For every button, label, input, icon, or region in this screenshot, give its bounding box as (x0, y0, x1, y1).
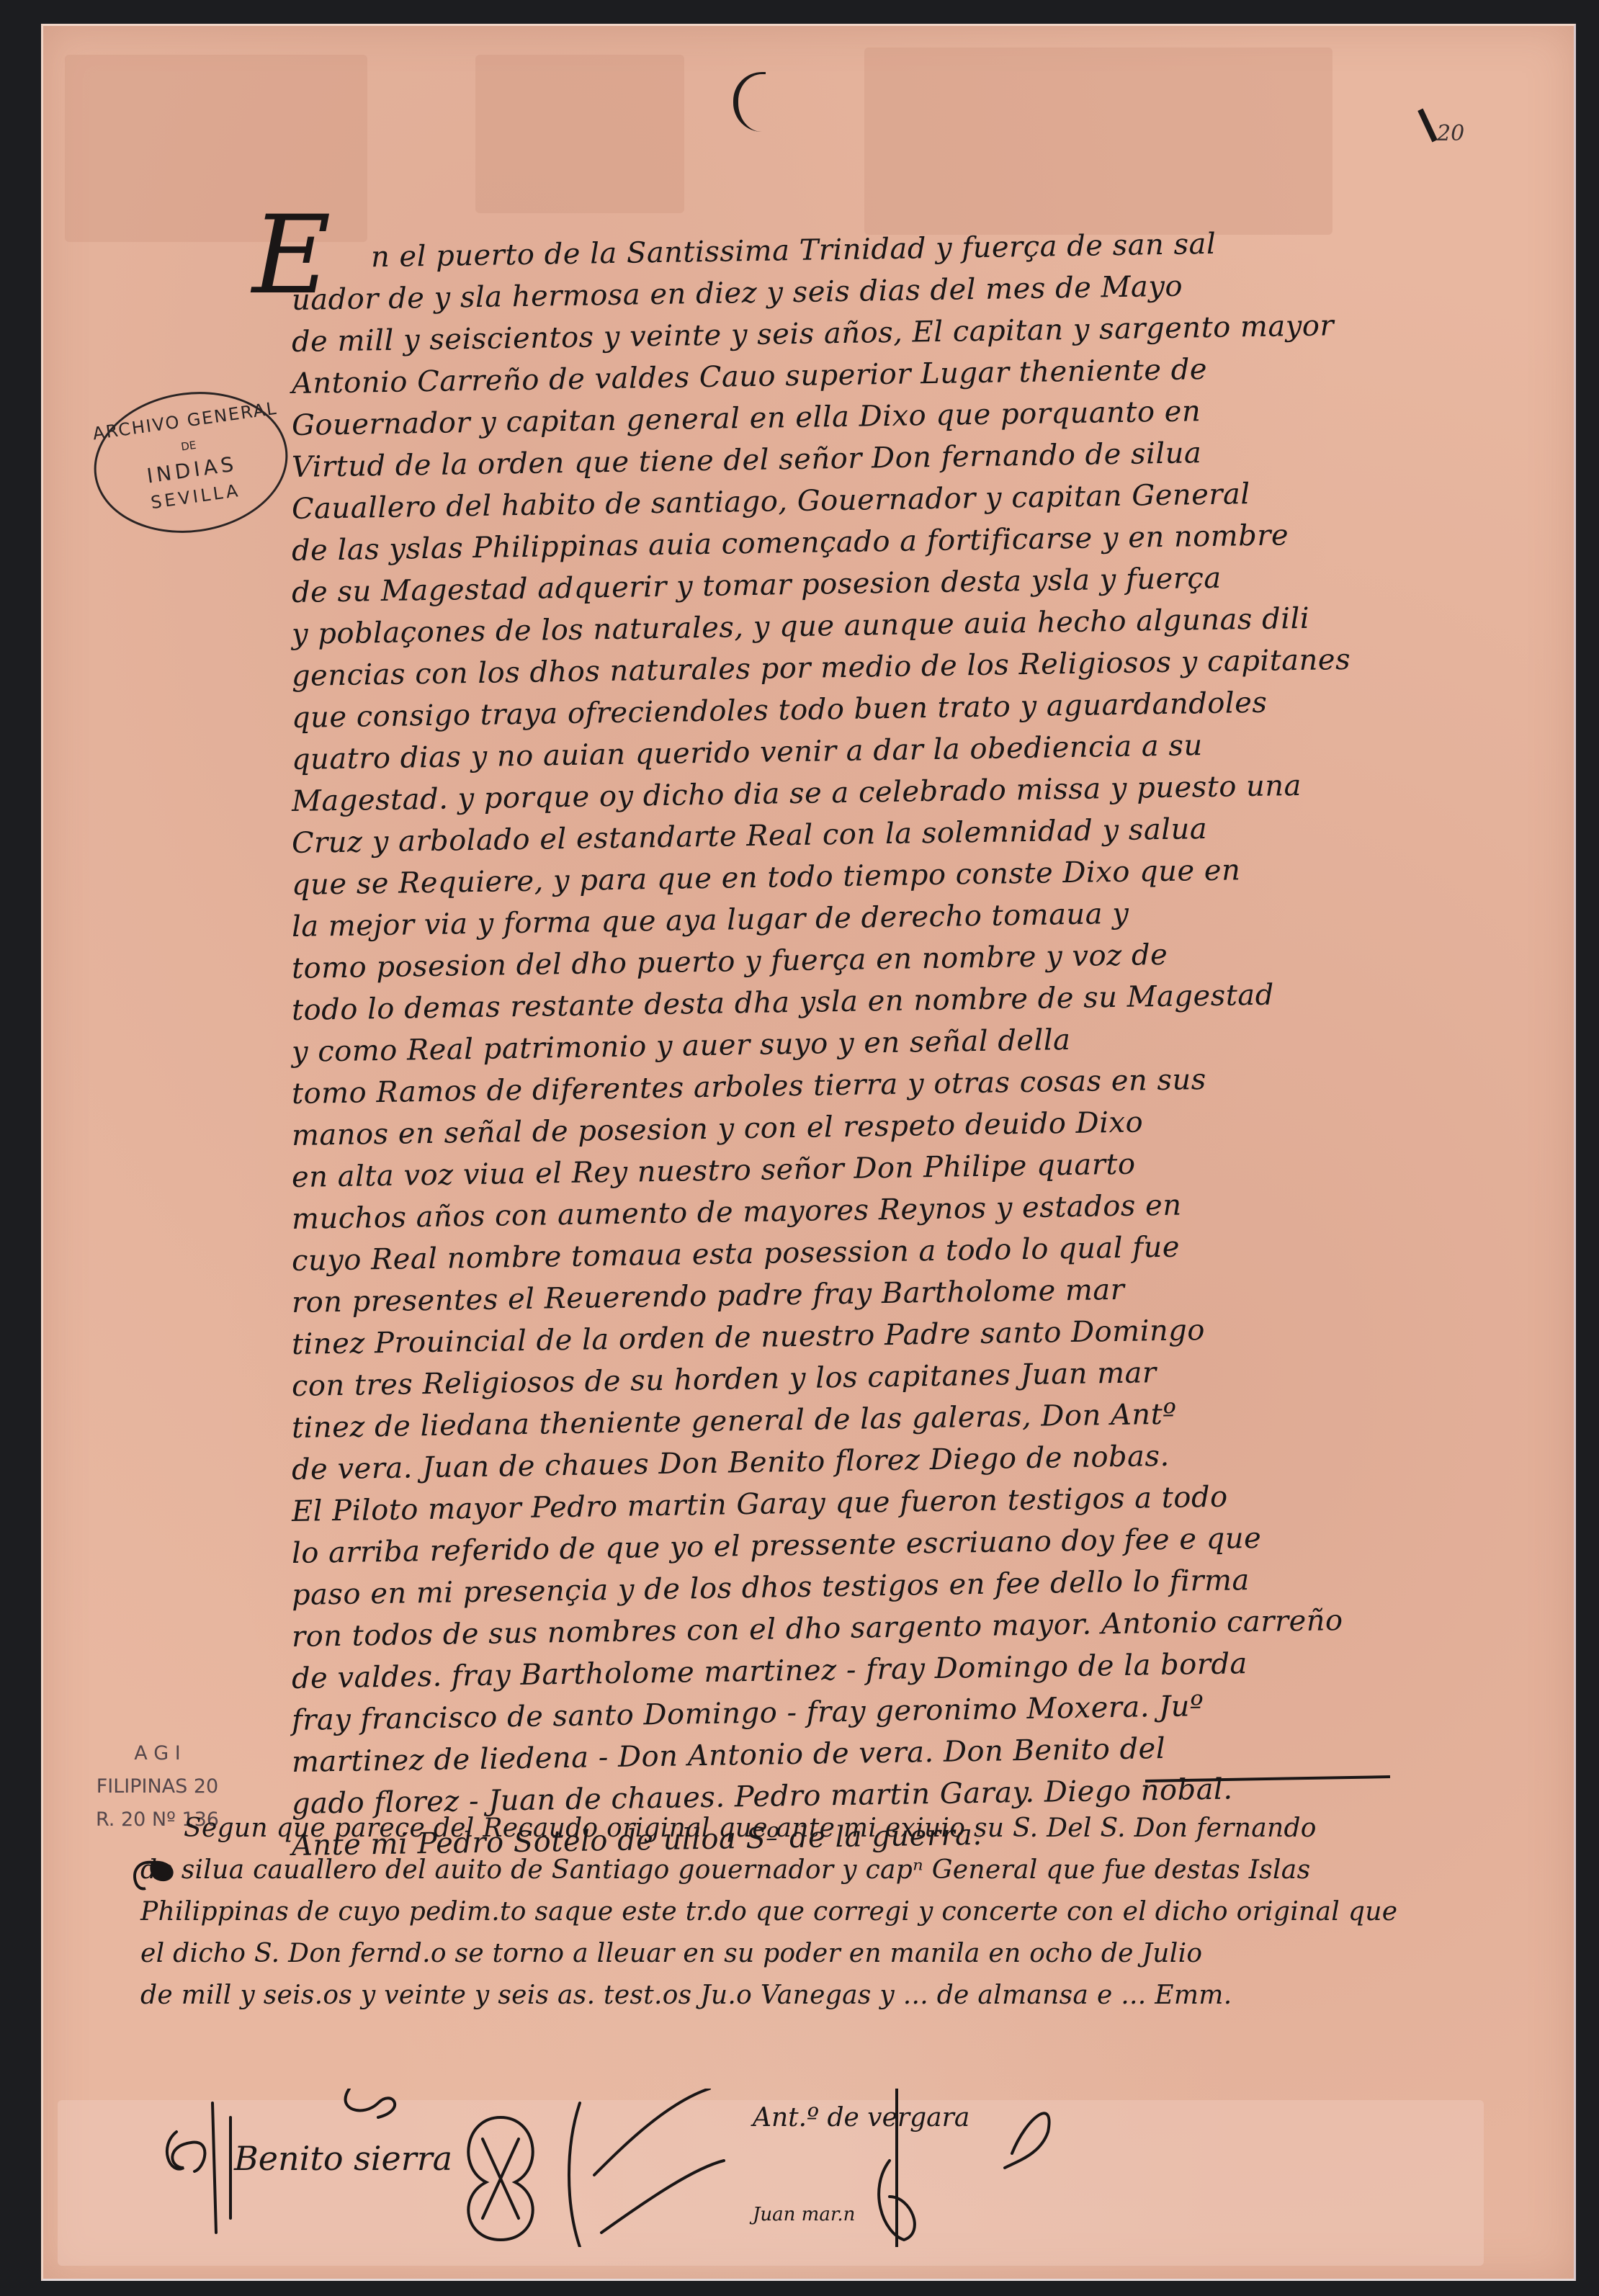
archive-code: A G I (96, 1737, 219, 1770)
signature-name: Ant.º de vergara (753, 2103, 969, 2133)
signature-name: Juan mar.n (753, 2204, 855, 2225)
water-stain (475, 55, 684, 213)
certification-block: Segun que parece del Recaudo original qu… (140, 1808, 1509, 2017)
cert-line: el dicho S. Don fernd.o se torno a lleua… (140, 1933, 1509, 1975)
cert-line: de mill y seis.os y veinte y seis as. te… (140, 1975, 1509, 2017)
signature-name: Benito sierra (234, 2139, 452, 2178)
folio-number: 20 (1437, 121, 1464, 146)
cert-line: Philippinas de cuyo pedim.to saque este … (140, 1891, 1509, 1933)
cert-line: Segun que parece del Recaudo original qu… (140, 1808, 1509, 1849)
cert-line: de silua cauallero del auito de Santiago… (140, 1849, 1509, 1891)
archive-series: FILIPINAS 20 (96, 1770, 219, 1803)
water-stain (864, 48, 1332, 235)
signatures-area: Benito sierra Ant.º de vergara Juan mar.… (162, 2089, 1459, 2247)
manuscript-body: n el puerto de la Santissima Trinidad y … (292, 238, 1300, 1867)
